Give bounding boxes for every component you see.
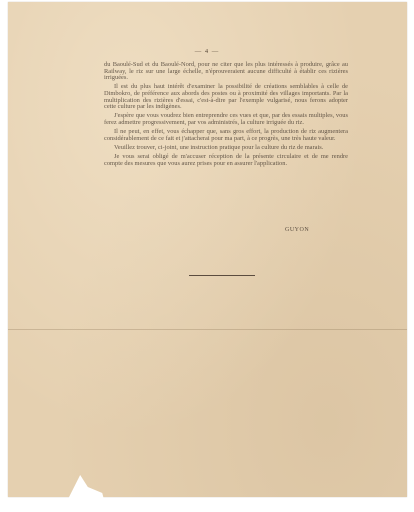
- fold-crease: [8, 329, 407, 330]
- page-number: — 4 —: [0, 48, 414, 55]
- paragraph-2: Il est du plus haut intérêt d'examiner l…: [104, 84, 348, 110]
- closing-rule: [189, 275, 255, 276]
- paragraph-1: du Baoulé-Sud et du Baoulé-Nord, pour ne…: [104, 62, 348, 82]
- paragraph-4: Il ne peut, en effet, vous échapper que,…: [104, 129, 348, 142]
- paragraph-3: J'espère que vous voudrez bien entrepren…: [104, 113, 348, 126]
- circular-body: du Baoulé-Sud et du Baoulé-Nord, pour ne…: [104, 62, 348, 170]
- paragraph-6: Je vous serai obligé de m'accuser récept…: [104, 154, 348, 167]
- paragraph-5: Veuillez trouver, ci-joint, une instruct…: [104, 145, 348, 152]
- signature: GUYON: [285, 227, 309, 233]
